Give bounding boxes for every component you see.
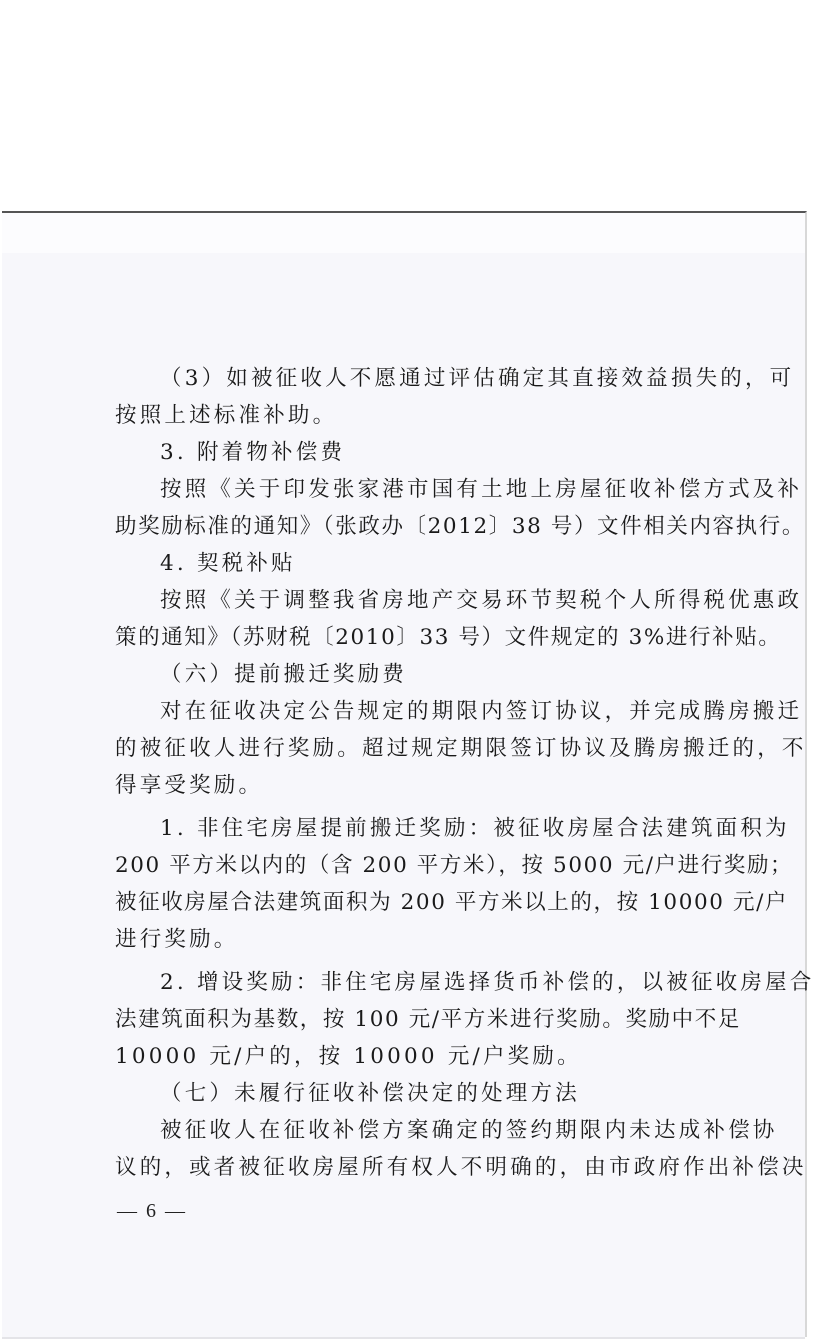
paragraph-line: 2. 增设奖励：非住宅房屋选择货币补偿的，以被征收房屋合: [115, 964, 715, 1001]
paragraph-line: 法建筑面积为基数，按 100 元/平方米进行奖励。奖励中不足: [115, 1001, 715, 1038]
paragraph-line: 1. 非住宅房屋提前搬迁奖励：被征收房屋合法建筑面积为: [115, 810, 715, 847]
page-number: — 6 —: [117, 1200, 187, 1223]
section-heading: （七）未履行征收补偿决定的处理方法: [115, 1075, 715, 1112]
paragraph-line: 10000 元/户的，按 10000 元/户奖励。: [115, 1038, 715, 1075]
paragraph-line: 按照《关于印发张家港市国有土地上房屋征收补偿方式及补: [115, 471, 715, 508]
paragraph-line: 得享受奖励。: [115, 767, 715, 804]
section-heading: （六）提前搬迁奖励费: [115, 656, 715, 693]
section-heading: 4. 契税补贴: [115, 545, 715, 582]
page-edge: [2, 1337, 805, 1339]
paragraph-line: 按照上述标准补助。: [115, 397, 715, 434]
paragraph-line: 按照《关于调整我省房地产交易环节契税个人所得税优惠政: [115, 582, 715, 619]
section-heading: 3. 附着物补偿费: [115, 434, 715, 471]
document-body: （3）如被征收人不愿通过评估确定其直接效益损失的，可 按照上述标准补助。 3. …: [115, 360, 715, 1186]
paragraph-line: （3）如被征收人不愿通过评估确定其直接效益损失的，可: [115, 360, 715, 397]
paragraph-line: 200 平方米以内的（含 200 平方米），按 5000 元/户进行奖励；: [115, 847, 715, 884]
paragraph-line: 被征收房屋合法建筑面积为 200 平方米以上的，按 10000 元/户: [115, 884, 715, 921]
paragraph-line: 被征收人在征收补偿方案确定的签约期限内未达成补偿协: [115, 1112, 715, 1149]
paragraph-line: 进行奖励。: [115, 921, 715, 958]
paragraph-line: 策的通知》（苏财税〔2010〕33 号）文件规定的 3%进行补贴。: [115, 619, 715, 656]
paragraph-line: 议的，或者被征收房屋所有权人不明确的，由市政府作出补偿决: [115, 1149, 715, 1186]
paragraph-line: 助奖励标准的通知》（张政办〔2012〕38 号）文件相关内容执行。: [115, 508, 715, 545]
paragraph-line: 的被征收人进行奖励。超过规定期限签订协议及腾房搬迁的，不: [115, 730, 715, 767]
paragraph-line: 对在征收决定公告规定的期限内签订协议，并完成腾房搬迁: [115, 693, 715, 730]
